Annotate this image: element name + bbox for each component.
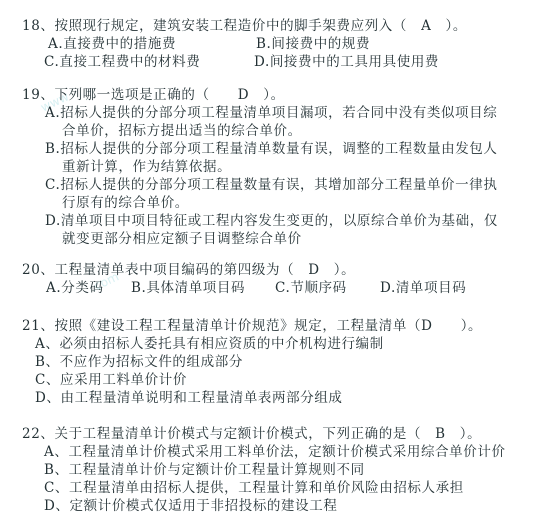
option-c: C.招标人提供的分部分项工程量数量有误，其增加部分工程量单价一律执 [45,177,497,193]
option-d-cont: 就变更部分相应定额子目调整综合单价 [62,231,302,247]
option-a: A、工程量清单计价模式采用工料单价法，定额计价模式采用综合单价计价 [44,444,506,460]
option-c: C、工程量清单由招标人提供，工程量计算和单价风险由招标人承担 [44,480,464,496]
option-a: A.招标人提供的分部分项工程量清单项目漏项，若合同中没有类似项目综 [45,105,497,121]
question-stem: 关于工程量清单计价模式与定额计价模式，下列正确的是（ B ）。 [54,426,481,442]
question-stem: 工程量清单表中项目编码的第四级为（ D ）。 [54,262,355,278]
question-number: 20、 [22,262,54,278]
option-b: B.间接费中的规费 [256,36,370,52]
question-number: 22、 [22,426,54,442]
option-d: D.清单项目中项目特征或工程内容发生变更的，以原综合单价为基础，仅 [45,213,498,229]
exam-page: www .com 18、按照现行规定，建筑安装工程造价中的脚手架费应列入（ A … [0,0,551,519]
option-c-cont: 行原有的综合单价。 [62,195,189,211]
option-d: D、定额计价模式仅适用于非招投标的建设工程 [44,498,337,514]
question-stem: 按照现行规定，建筑安装工程造价中的脚手架费应列入（ A ）。 [54,18,467,34]
option-b: B、不应作为招标文件的组成部分 [35,354,243,370]
option-c: C.直接工程费中的材料费 [44,54,200,70]
option-d: D.间接费中的工具用具使用费 [254,54,439,70]
option-b: B、工程量清单计价与定额计价工程量计算规则不同 [44,462,365,478]
option-c: C、应采用工料单价计价 [35,372,187,388]
option-b: B.招标人提供的分部分项工程量清单数量有误，调整的工程数量由发包人 [45,141,498,157]
question-number: 21、 [22,318,54,334]
option-b-cont: 重新计算，作为结算依据。 [62,159,231,175]
option-a: A.分类码 [46,280,104,296]
question-stem: 下列哪一选项是正确的（ D ）。 [54,87,284,103]
option-a-cont: 合单价，招标方提出适当的综合单价。 [62,123,302,139]
option-c: C.节顺序码 [275,280,347,296]
option-d: D、由工程量清单说明和工程量清单表两部分组成 [35,390,343,406]
question-number: 19、 [22,87,54,103]
question-number: 18、 [22,18,54,34]
question-stem: 按照《建设工程工程量清单计价规范》规定，工程量清单（D ）。 [54,318,482,334]
option-d: D.清单项目码 [380,280,466,296]
option-a: A、必须由招标人委托具有相应资质的中介机构进行编制 [35,336,384,352]
option-b: B.具体清单项目码 [131,280,245,296]
option-a: A.直接费中的措施费 [48,36,176,52]
